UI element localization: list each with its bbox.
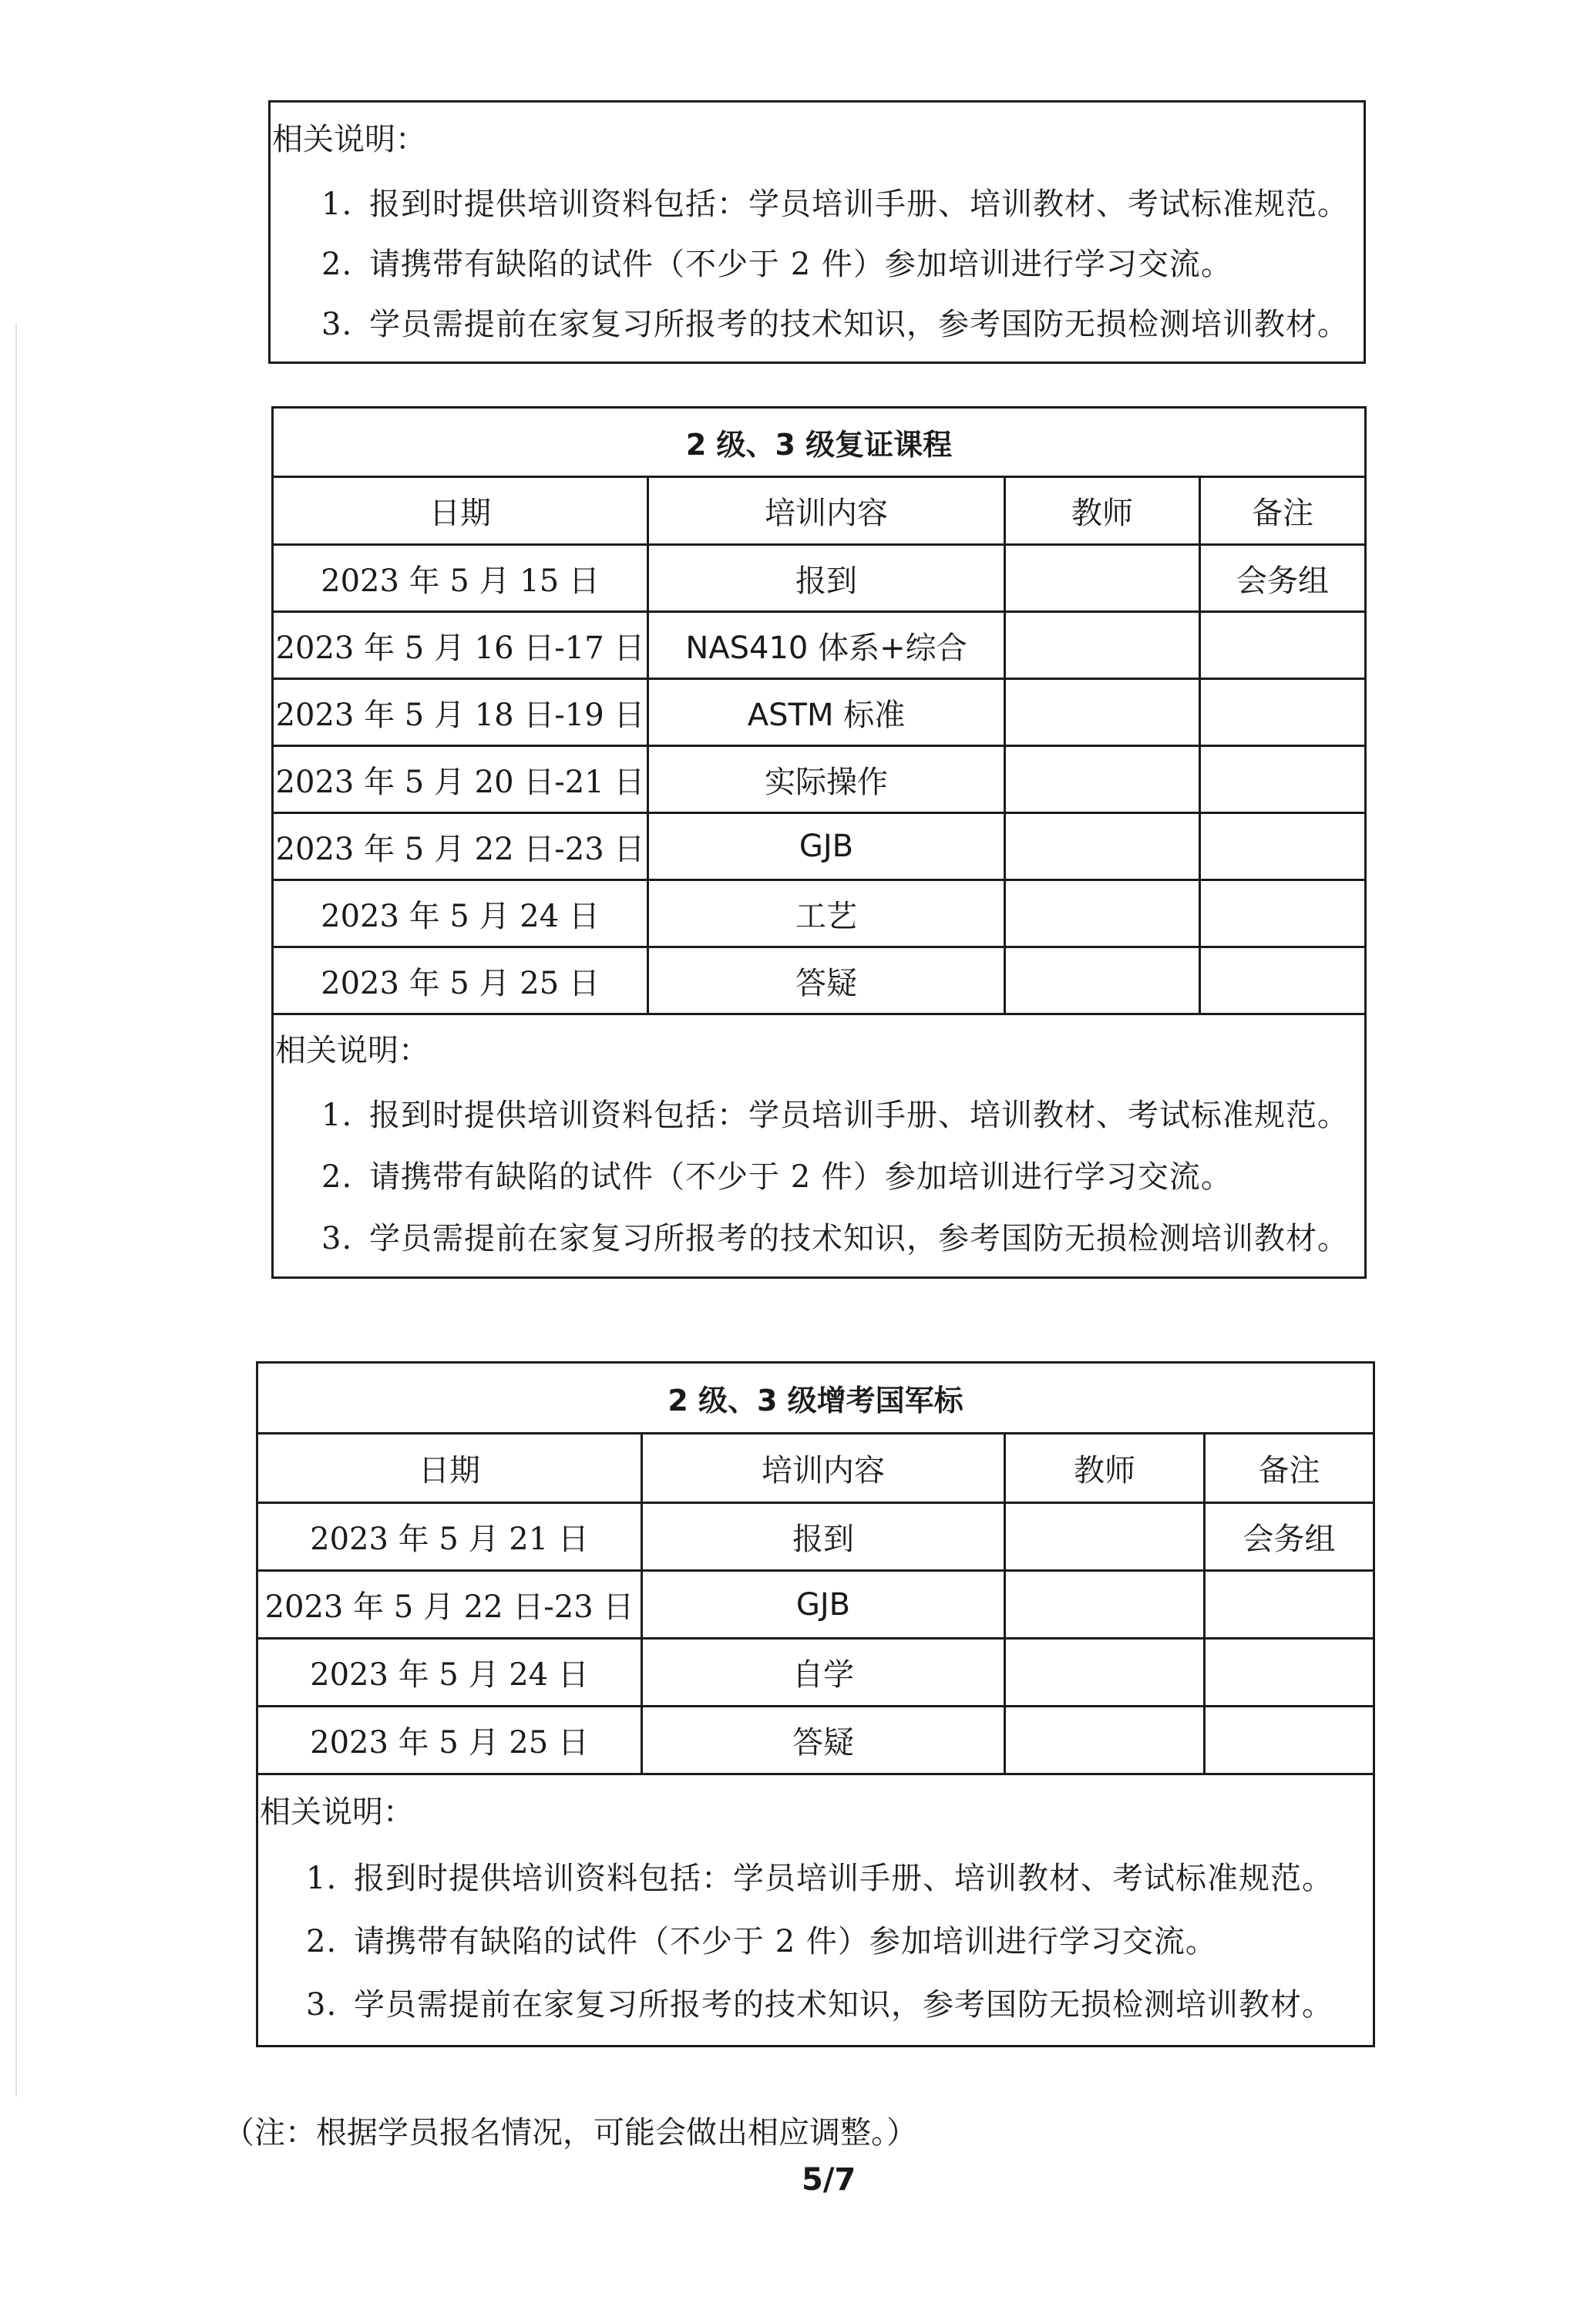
cell-teacher: [1005, 813, 1200, 880]
cell-remark: [1200, 679, 1366, 746]
notes-item-1: 1.报到时提供培训资料包括：学员培训手册、培训教材、考试标准规范。: [321, 1097, 1349, 1134]
cell-remark: [1200, 813, 1366, 880]
cell-teacher: [1005, 612, 1200, 679]
cell-remark: [1200, 746, 1366, 813]
cell-teacher: [1005, 1639, 1205, 1707]
cell-date: 2023 年 5 月 25 日: [257, 1707, 642, 1774]
cell-teacher: [1005, 880, 1200, 947]
notes-item-3: 3.学员需提前在家复习所报考的技术知识，参考国防无损检测培训教材。: [321, 306, 1349, 343]
cell-date: 2023 年 5 月 16 日-17 日: [273, 612, 648, 679]
notes-item-1: 1.报到时提供培训资料包括：学员培训手册、培训教材、考试标准规范。: [306, 1860, 1333, 1897]
table-title: 2 级、3 级增考国军标: [257, 1363, 1374, 1434]
header-teacher: 教师: [1005, 477, 1200, 545]
cell-remark: 会务组: [1200, 545, 1366, 612]
table-row: 2023 年 5 月 22 日-23 日 GJB: [273, 813, 1366, 880]
cell-remark: [1200, 880, 1366, 947]
cell-date: 2023 年 5 月 20 日-21 日: [273, 746, 648, 813]
cell-content: 报到: [642, 1503, 1005, 1571]
cell-content: GJB: [648, 813, 1005, 880]
cell-date: 2023 年 5 月 18 日-19 日: [273, 679, 648, 746]
table-row: 2023 年 5 月 24 日 自学: [257, 1639, 1374, 1707]
header-content: 培训内容: [642, 1434, 1005, 1503]
cell-remark: [1200, 612, 1366, 679]
notes-section: 相关说明： 1.报到时提供培训资料包括：学员培训手册、培训教材、考试标准规范。 …: [271, 103, 1364, 362]
notes-label: 相关说明：: [272, 121, 426, 158]
notes-item-3: 3.学员需提前在家复习所报考的技术知识，参考国防无损检测培训教材。: [306, 1986, 1333, 2023]
cell-date: 2023 年 5 月 24 日: [257, 1639, 642, 1707]
gjb-supplement-table-wrapper: 2 级、3 级增考国军标 日期 培训内容 教师 备注 2023 年 5 月 21…: [256, 1361, 1373, 2047]
notes-label: 相关说明：: [260, 1794, 414, 1831]
table-title: 2 级、3 级复证课程: [273, 408, 1366, 477]
cell-content: 自学: [642, 1639, 1005, 1707]
cell-remark: [1205, 1571, 1374, 1639]
table-row: 2023 年 5 月 22 日-23 日 GJB: [257, 1571, 1374, 1639]
header-remark: 备注: [1205, 1434, 1374, 1503]
notes-item-3: 3.学员需提前在家复习所报考的技术知识，参考国防无损检测培训教材。: [321, 1220, 1349, 1257]
cell-teacher: [1005, 679, 1200, 746]
table-row: 2023 年 5 月 21 日 报到 会务组: [257, 1503, 1374, 1571]
cell-content: ASTM 标准: [648, 679, 1005, 746]
gjb-supplement-table: 2 级、3 级增考国军标 日期 培训内容 教师 备注 2023 年 5 月 21…: [256, 1361, 1375, 2047]
notes-section: 相关说明： 1.报到时提供培训资料包括：学员培训手册、培训教材、考试标准规范。 …: [258, 1775, 1373, 2043]
cell-teacher: [1005, 746, 1200, 813]
table-row: 2023 年 5 月 20 日-21 日 实际操作: [273, 746, 1366, 813]
cell-content: GJB: [642, 1571, 1005, 1639]
cell-teacher: [1005, 545, 1200, 612]
notes-section: 相关说明： 1.报到时提供培训资料包括：学员培训手册、培训教材、考试标准规范。 …: [274, 1015, 1364, 1274]
cell-date: 2023 年 5 月 25 日: [273, 947, 648, 1014]
page-number: 5/7: [802, 2162, 856, 2198]
header-date: 日期: [273, 477, 648, 545]
notes-cell: 相关说明： 1.报到时提供培训资料包括：学员培训手册、培训教材、考试标准规范。 …: [257, 1774, 1374, 2047]
cell-date: 2023 年 5 月 24 日: [273, 880, 648, 947]
cell-date: 2023 年 5 月 15 日: [273, 545, 648, 612]
notes-cell: 相关说明： 1.报到时提供培训资料包括：学员培训手册、培训教材、考试标准规范。 …: [273, 1014, 1366, 1278]
cell-date: 2023 年 5 月 21 日: [257, 1503, 642, 1571]
cell-teacher: [1005, 1707, 1205, 1774]
cell-content: 答疑: [642, 1707, 1005, 1774]
cell-remark: 会务组: [1205, 1503, 1374, 1571]
cell-content: 实际操作: [648, 746, 1005, 813]
table-row: 2023 年 5 月 18 日-19 日 ASTM 标准: [273, 679, 1366, 746]
cell-content: 报到: [648, 545, 1005, 612]
table-row: 2023 年 5 月 24 日 工艺: [273, 880, 1366, 947]
header-date: 日期: [257, 1434, 642, 1503]
cell-remark: [1205, 1707, 1374, 1774]
cell-teacher: [1005, 947, 1200, 1014]
notes-item-1: 1.报到时提供培训资料包括：学员培训手册、培训教材、考试标准规范。: [321, 186, 1349, 223]
cell-date: 2023 年 5 月 22 日-23 日: [273, 813, 648, 880]
cell-date: 2023 年 5 月 22 日-23 日: [257, 1571, 642, 1639]
table-row: 2023 年 5 月 25 日 答疑: [273, 947, 1366, 1014]
cell-content: 答疑: [648, 947, 1005, 1014]
notes-item-2: 2.请携带有缺陷的试件（不少于 2 件）参加培训进行学习交流。: [306, 1923, 1217, 1960]
notes-box-top: 相关说明： 1.报到时提供培训资料包括：学员培训手册、培训教材、考试标准规范。 …: [268, 100, 1366, 364]
header-remark: 备注: [1200, 477, 1366, 545]
table-row: 2023 年 5 月 25 日 答疑: [257, 1707, 1374, 1774]
adjustment-footnote: （注：根据学员报名情况，可能会做出相应调整。）: [224, 2114, 917, 2152]
header-teacher: 教师: [1005, 1434, 1205, 1503]
notes-item-2: 2.请携带有缺陷的试件（不少于 2 件）参加培训进行学习交流。: [321, 246, 1232, 283]
cell-content: 工艺: [648, 880, 1005, 947]
recert-course-table-wrapper: 2 级、3 级复证课程 日期 培训内容 教师 备注 2023 年 5 月 15 …: [271, 406, 1364, 1279]
table-row: 2023 年 5 月 16 日-17 日 NAS410 体系+综合: [273, 612, 1366, 679]
scan-artifact-line: [15, 324, 17, 2097]
header-content: 培训内容: [648, 477, 1005, 545]
cell-teacher: [1005, 1571, 1205, 1639]
notes-label: 相关说明：: [275, 1032, 429, 1069]
table-row: 2023 年 5 月 15 日 报到 会务组: [273, 545, 1366, 612]
notes-item-2: 2.请携带有缺陷的试件（不少于 2 件）参加培训进行学习交流。: [321, 1159, 1232, 1196]
recert-course-table: 2 级、3 级复证课程 日期 培训内容 教师 备注 2023 年 5 月 15 …: [271, 406, 1367, 1279]
cell-content: NAS410 体系+综合: [648, 612, 1005, 679]
cell-teacher: [1005, 1503, 1205, 1571]
cell-remark: [1200, 947, 1366, 1014]
cell-remark: [1205, 1639, 1374, 1707]
